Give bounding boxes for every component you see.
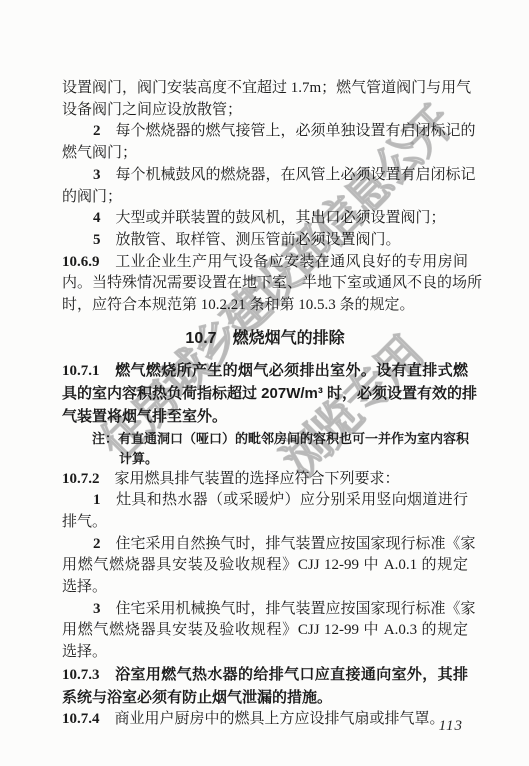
body-text: 排气。 [62, 514, 107, 530]
text-line: 10.7.2 家用燃具排气装置的选择应符合下列要求： [62, 469, 468, 491]
body-text: 用燃气燃烧器具安装及验收规程》CJJ 12-99 中 A.0.3 的规定 [62, 622, 468, 638]
body-text: 燃气阀门； [62, 145, 137, 161]
body-text: 放散管、取样管、测压管前必须设置阀门。 [101, 232, 401, 248]
emphasized-text: 计算。 [119, 451, 158, 466]
emphasized-text: 2 [93, 536, 101, 552]
body-text: 灶具和热水器（或采暖炉）应分别采用竖向烟道进行 [101, 492, 469, 508]
body-text: 内。当特殊情况需要设置在地下室、半地下室或通风不良的场所 [62, 275, 482, 291]
text-line: 用燃气燃烧器具安装及验收规程》CJJ 12-99 中 A.0.1 的规定 [62, 555, 468, 577]
emphasized-text: 燃气燃烧所产生的烟气必须排出室外。设有直排式燃 [100, 362, 469, 379]
text-line: 10.7.1 燃气燃烧所产生的烟气必须排出室外。设有直排式燃 [62, 360, 468, 383]
text-line: 3 每个机械鼓风的燃烧器，在风管上必须设置有启闭标记 [62, 165, 468, 187]
emphasized-text: 4 [93, 210, 101, 226]
page-number: 113 [439, 718, 463, 735]
emphasized-text: 1 [93, 492, 101, 508]
text-line: 燃气阀门； [62, 143, 468, 165]
text-line: 内。当特殊情况需要设置在地下室、半地下室或通风不良的场所 [62, 273, 468, 295]
body-text: 住宅采用自然换气时，排气装置应按国家现行标准《家 [101, 536, 476, 552]
text-line: 2 住宅采用自然换气时，排气装置应按国家现行标准《家 [62, 534, 468, 556]
emphasized-text: 10.7.1 [62, 363, 100, 379]
page-text-block: 设置阀门，阀门安装高度不宜超过 1.7m；燃气管道阀门与用气设备阀门之间应设放散… [62, 78, 468, 731]
text-line: 选择。 [62, 642, 468, 664]
text-line: 10.7.3 浴室用燃气热水器的给排气口应直接通向室外，其排 [62, 664, 468, 687]
emphasized-text: 10.7.4 [62, 711, 100, 727]
text-line: 3 住宅采用机械换气时，排气装置应按国家现行标准《家 [62, 599, 468, 621]
emphasized-text: 气装置将烟气排至室外。 [62, 408, 227, 425]
emphasized-text: 2 [93, 123, 101, 139]
body-text: 大型或并联装置的鼓风机，其出口必须设置阀门； [101, 210, 446, 226]
text-line: 系统与浴室必须有防止烟气泄漏的措施。 [62, 687, 468, 710]
body-text: 设备阀门之间应设放散管； [62, 102, 242, 118]
emphasized-text: 3 [93, 167, 101, 183]
body-text: 住宅采用机械换气时，排气装置应按国家现行标准《家 [101, 601, 476, 617]
section-heading: 10.7 燃烧烟气的排除 [62, 328, 468, 350]
body-text: 商业用户厨房中的燃具上方应设排气扇或排气罩。 [100, 711, 445, 727]
body-text: 设置阀门，阀门安装高度不宜超过 1.7m；燃气管道阀门与用气 [62, 80, 471, 96]
body-text: 选择。 [62, 579, 107, 595]
text-line: 注：有直通洞口（哑口）的毗邻房间的容积也可一并作为室内容积 [62, 429, 468, 449]
text-line: 用燃气燃烧器具安装及验收规程》CJJ 12-99 中 A.0.3 的规定 [62, 620, 468, 642]
body-text: 时，应符合本规范第 10.2.21 条和第 10.5.3 条的规定。 [62, 297, 415, 313]
text-line: 10.7.4 商业用户厨房中的燃具上方应设排气扇或排气罩。 [62, 709, 468, 731]
emphasized-text: 浴室用燃气热水器的给排气口应直接通向室外，其排 [100, 666, 469, 683]
emphasized-text: 10.7.2 [62, 471, 100, 487]
emphasized-text: 3 [93, 601, 101, 617]
body-text: 用燃气燃烧器具安装及验收规程》CJJ 12-99 中 A.0.1 的规定 [62, 557, 468, 573]
document-page: 住房城乡建设部信息公开 浏览专用 设置阀门，阀门安装高度不宜超过 1.7m；燃气… [0, 0, 529, 766]
emphasized-text: 10.7 燃烧烟气的排除 [185, 330, 344, 347]
body-text: 选择。 [62, 644, 107, 660]
emphasized-text: 10.6.9 [62, 254, 100, 270]
text-line: 1 灶具和热水器（或采暖炉）应分别采用竖向烟道进行 [62, 490, 468, 512]
body-text: 家用燃具排气装置的选择应符合下列要求： [100, 471, 400, 487]
text-line: 2 每个燃烧器的燃气接管上，必须单独设置有启闭标记的 [62, 121, 468, 143]
text-line: 设备阀门之间应设放散管； [62, 100, 468, 122]
body-text: 工业企业生产用气设备应安装在通风良好的专用房间 [100, 254, 469, 270]
emphasized-text: 具的室内容积热负荷指标超过 207W/m³ 时，必须设置有效的排 [62, 385, 477, 402]
text-line: 气装置将烟气排至室外。 [62, 406, 468, 429]
text-line: 时，应符合本规范第 10.2.21 条和第 10.5.3 条的规定。 [62, 295, 468, 317]
text-line: 设置阀门，阀门安装高度不宜超过 1.7m；燃气管道阀门与用气 [62, 78, 468, 100]
body-text: 的阀门； [62, 189, 122, 205]
text-line: 具的室内容积热负荷指标超过 207W/m³ 时，必须设置有效的排 [62, 383, 468, 406]
emphasized-text: 5 [93, 232, 101, 248]
text-line: 4 大型或并联装置的鼓风机，其出口必须设置阀门； [62, 208, 468, 230]
body-text: 每个机械鼓风的燃烧器，在风管上必须设置有启闭标记 [101, 167, 476, 183]
emphasized-text: 注：有直通洞口（哑口）的毗邻房间的容积也可一并作为室内容积 [92, 431, 469, 446]
text-line: 的阀门； [62, 187, 468, 209]
emphasized-text: 系统与浴室必须有防止烟气泄漏的措施。 [62, 689, 332, 706]
text-line: 排气。 [62, 512, 468, 534]
emphasized-text: 10.7.3 [62, 667, 100, 683]
text-line: 计算。 [62, 449, 468, 469]
text-line: 5 放散管、取样管、测压管前必须设置阀门。 [62, 230, 468, 252]
body-text: 每个燃烧器的燃气接管上，必须单独设置有启闭标记的 [101, 123, 476, 139]
text-line: 选择。 [62, 577, 468, 599]
text-line: 10.6.9 工业企业生产用气设备应安装在通风良好的专用房间 [62, 252, 468, 274]
